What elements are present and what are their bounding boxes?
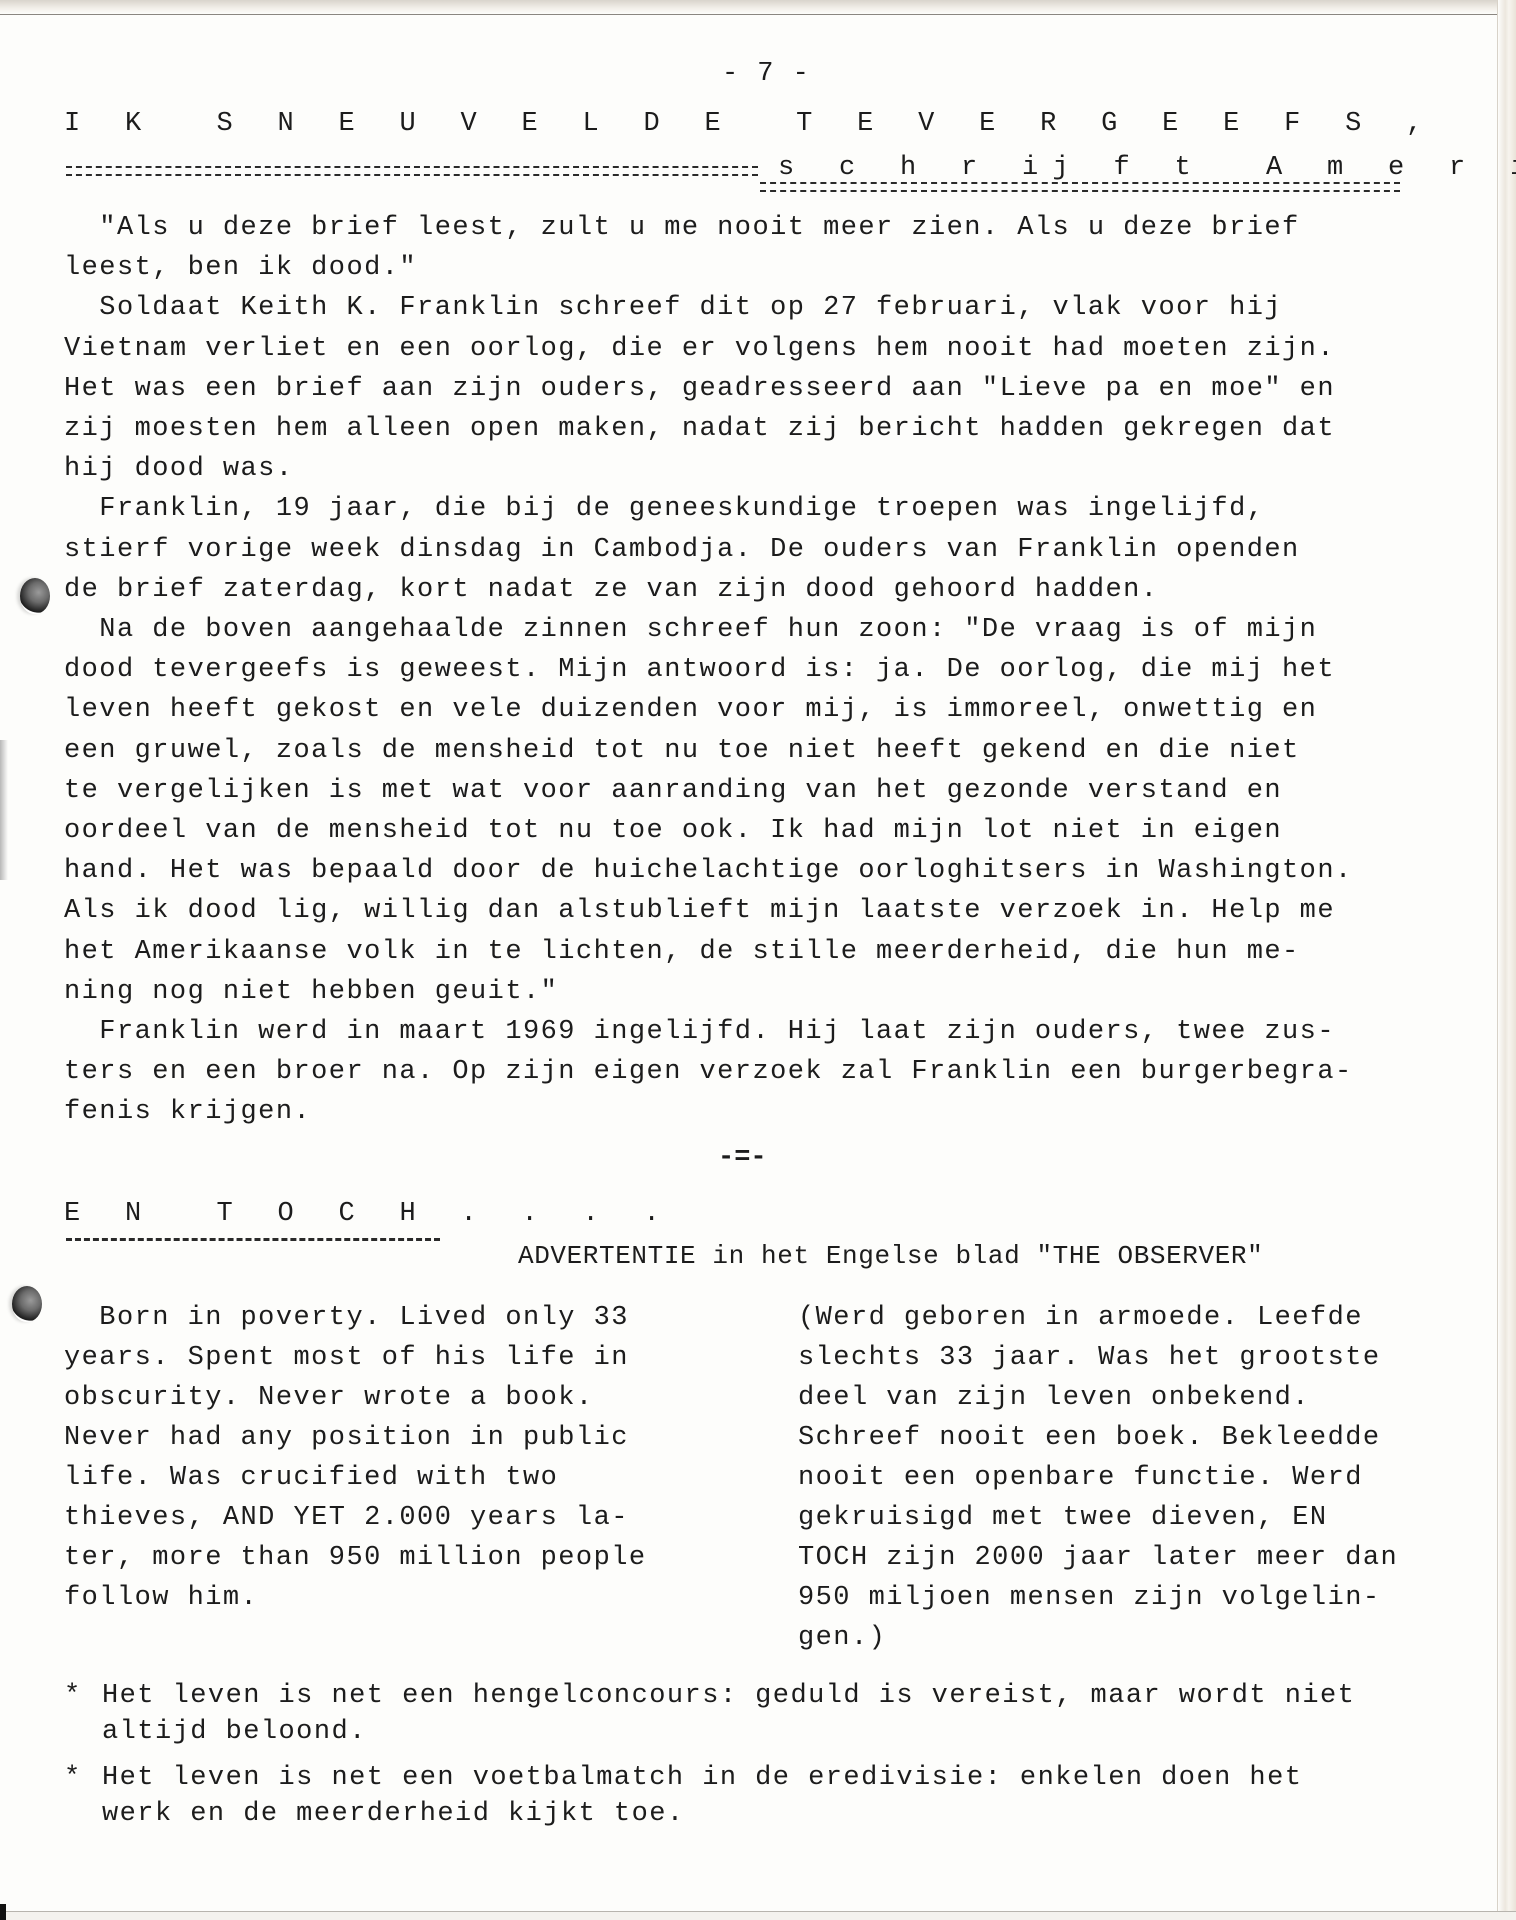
body-line: leest, ben ik dood." bbox=[64, 252, 417, 284]
column-line: Never had any position in public bbox=[64, 1418, 647, 1458]
column-line: slechts 33 jaar. Was het grootste bbox=[798, 1338, 1398, 1378]
body-line: leven heeft gekost en vele duizenden voo… bbox=[64, 694, 1317, 726]
scan-edge-right bbox=[1497, 0, 1516, 1920]
article2-title-rule bbox=[66, 1238, 440, 1241]
body-line: fenis krijgen. bbox=[64, 1096, 311, 1128]
scan-edge-top bbox=[0, 0, 1516, 15]
body-line: een gruwel, zoals de mensheid tot nu toe… bbox=[64, 735, 1300, 767]
column-line: gen.) bbox=[798, 1618, 1398, 1658]
column-line: 950 miljoen mensen zijn volgelin- bbox=[798, 1578, 1398, 1618]
body-line: ters en een broer na. Op zijn eigen verz… bbox=[64, 1056, 1353, 1088]
body-line: hij dood was. bbox=[64, 453, 293, 485]
title-double-rule bbox=[66, 166, 758, 176]
body-line: Franklin werd in maart 1969 ingelijfd. H… bbox=[64, 1016, 1335, 1048]
page-number: - 7 - bbox=[722, 58, 810, 90]
body-line: dood tevergeefs is geweest. Mijn antwoor… bbox=[64, 654, 1335, 686]
body-line: Het was een brief aan zijn ouders, geadr… bbox=[64, 373, 1335, 405]
saying-bullet: * bbox=[64, 1762, 82, 1794]
column-line: follow him. bbox=[64, 1578, 647, 1618]
body-line: Als ik dood lig, willig dan alstublieft … bbox=[64, 895, 1335, 927]
body-line: Soldaat Keith K. Franklin schreef dit op… bbox=[64, 292, 1282, 324]
body-line: Vietnam verliet en een oorlog, die er vo… bbox=[64, 333, 1335, 365]
body-line: het Amerikaanse volk in te lichten, de s… bbox=[64, 936, 1300, 968]
column-line: years. Spent most of his life in bbox=[64, 1338, 647, 1378]
english-advert-text: Born in poverty. Lived only 33years. Spe… bbox=[64, 1298, 647, 1618]
article-title: I K S N E U V E L D E T E V E R G E E F … bbox=[64, 108, 1437, 140]
dutch-translation-text: (Werd geboren in armoede. Leefdeslechts … bbox=[798, 1298, 1398, 1658]
column-line: deel van zijn leven onbekend. bbox=[798, 1378, 1398, 1418]
article2-title: E N T O C H . . . . bbox=[64, 1198, 674, 1230]
column-line: ter, more than 950 million people bbox=[64, 1538, 647, 1578]
body-line: de brief zaterdag, kort nadat ze van zij… bbox=[64, 574, 1158, 606]
column-line: life. Was crucified with two bbox=[64, 1458, 647, 1498]
body-line: hand. Het was bepaald door de huichelach… bbox=[64, 855, 1353, 887]
body-line: Na de boven aangehaalde zinnen schreef h… bbox=[64, 614, 1317, 646]
punch-hole-icon bbox=[20, 578, 50, 614]
section-separator: -=- bbox=[718, 1142, 767, 1174]
scan-smudge bbox=[0, 740, 8, 880]
column-line: Schreef nooit een boek. Bekleedde bbox=[798, 1418, 1398, 1458]
saying-line: werk en de meerderheid kijkt toe. bbox=[102, 1798, 685, 1830]
saying-line: Het leven is net een voetbalmatch in de … bbox=[102, 1762, 1302, 1794]
body-line: "Als u deze brief leest, zult u me nooit… bbox=[64, 212, 1300, 244]
body-line: te vergelijken is met wat voor aanrandin… bbox=[64, 775, 1282, 807]
body-line: ning nog niet hebben geuit." bbox=[64, 976, 558, 1008]
column-line: (Werd geboren in armoede. Leefde bbox=[798, 1298, 1398, 1338]
advert-source-note: ADVERTENTIE in het Engelse blad "THE OBS… bbox=[518, 1240, 1263, 1272]
punch-hole-icon bbox=[12, 1286, 42, 1322]
column-line: nooit een openbare functie. Werd bbox=[798, 1458, 1398, 1498]
scan-corner-mark bbox=[0, 1904, 6, 1920]
column-line: TOCH zijn 2000 jaar later meer dan bbox=[798, 1538, 1398, 1578]
body-line: Franklin, 19 jaar, die bij de geneeskund… bbox=[64, 493, 1264, 525]
saying-line: Het leven is net een hengelconcours: ged… bbox=[102, 1680, 1355, 1712]
column-line: thieves, AND YET 2.000 years la- bbox=[64, 1498, 647, 1538]
body-line: oordeel van de mensheid tot nu toe ook. … bbox=[64, 815, 1282, 847]
column-line: obscurity. Never wrote a book. bbox=[64, 1378, 647, 1418]
body-line: stierf vorige week dinsdag in Cambodja. … bbox=[64, 534, 1300, 566]
article-byline: s c h r ij f t A m e r i k a a n bbox=[778, 152, 1516, 184]
document-page: - 7 - I K S N E U V E L D E T E V E R G … bbox=[0, 0, 1516, 1920]
saying-line: altijd beloond. bbox=[102, 1716, 367, 1748]
column-line: Born in poverty. Lived only 33 bbox=[64, 1298, 647, 1338]
scan-edge-bottom bbox=[0, 1911, 1516, 1920]
body-line: zij moesten hem alleen open maken, nadat… bbox=[64, 413, 1335, 445]
column-line: gekruisigd met twee dieven, EN bbox=[798, 1498, 1398, 1538]
byline-double-rule bbox=[760, 182, 1400, 192]
saying-bullet: * bbox=[64, 1680, 82, 1712]
